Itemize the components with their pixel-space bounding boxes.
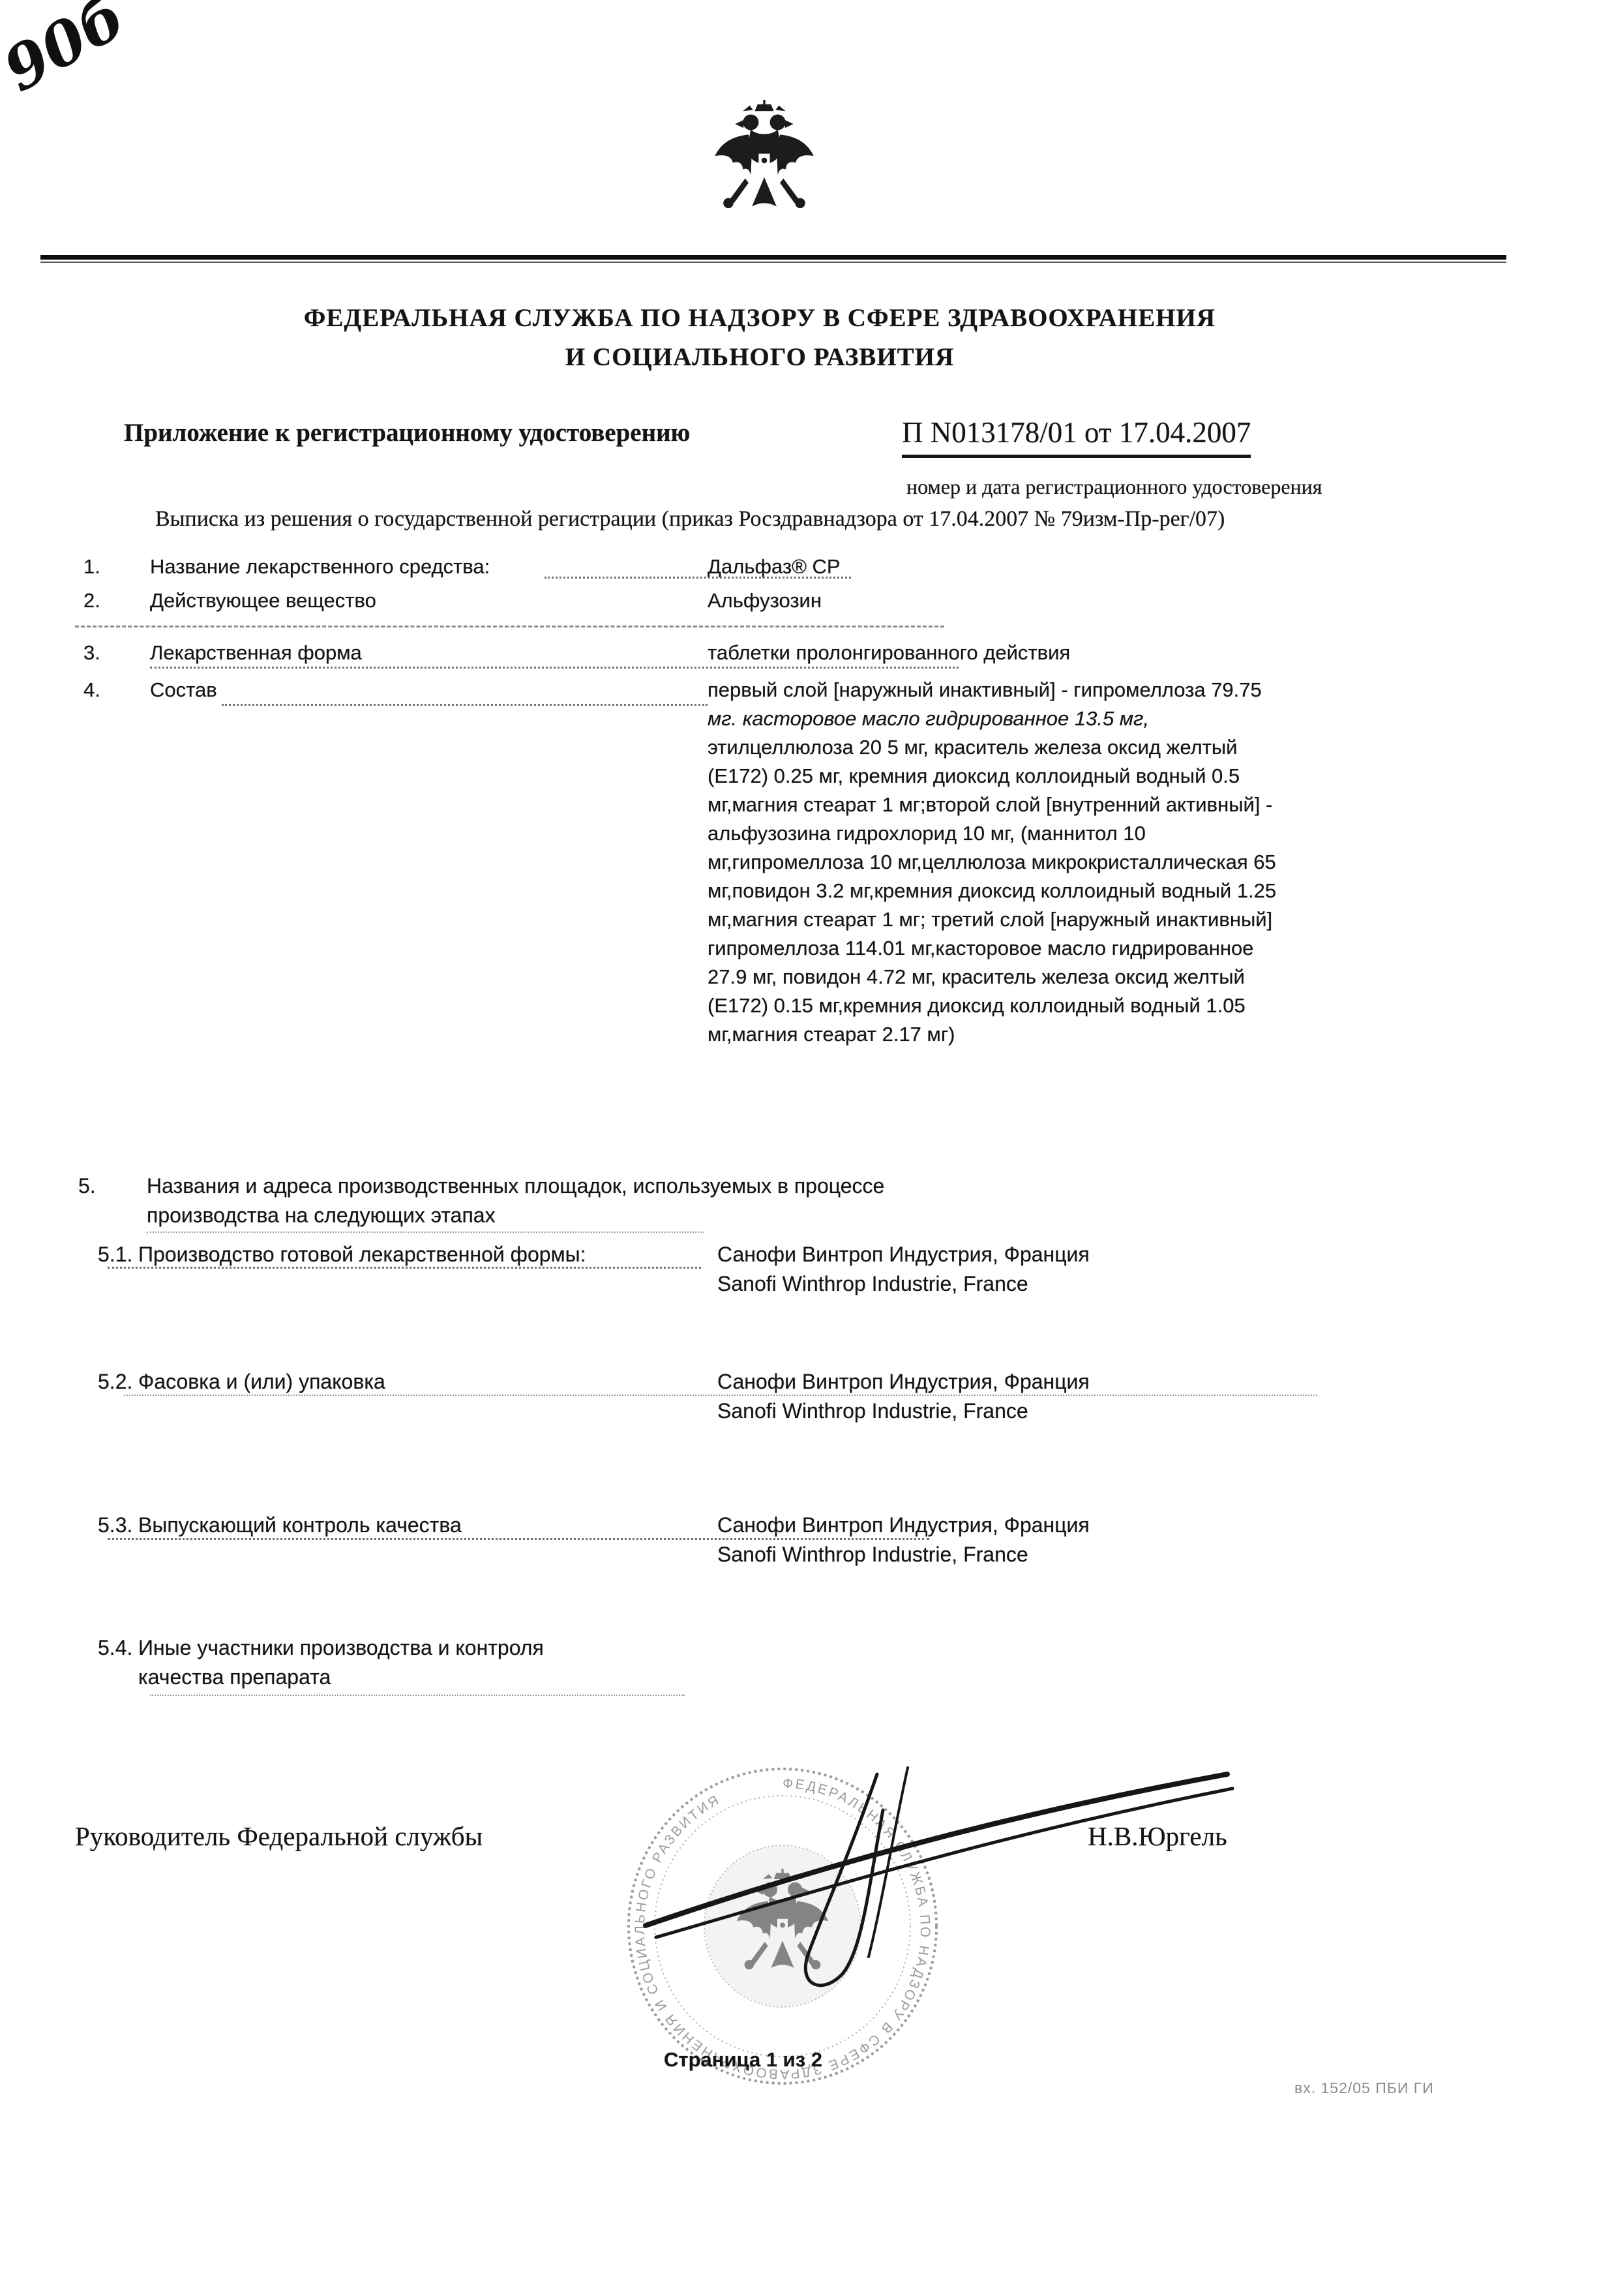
subsection-5-1-underline — [108, 1267, 701, 1269]
subsection-5-3-value-en: Sanofi Winthrop Industrie, France — [717, 1543, 1028, 1567]
section5-number: 5. — [78, 1174, 96, 1198]
subsection-5-2-value-en: Sanofi Winthrop Industrie, France — [717, 1399, 1028, 1423]
field-3-label: Лекарственная форма — [150, 641, 362, 665]
subsection-5-4-number: 5.4. — [98, 1636, 132, 1660]
registration-number: П N013178/01 от 17.04.2007 — [902, 416, 1251, 458]
subsection-5-3-label: Выпускающий контроль качества — [138, 1513, 462, 1537]
subsection-5-2-number: 5.2. — [98, 1370, 132, 1394]
field-4-label: Состав — [150, 678, 217, 702]
section5-title-line1: Названия и адреса производственных площа… — [147, 1174, 884, 1198]
field-1-number: 1. — [83, 555, 100, 579]
signer-name: Н.В.Юргель — [1088, 1821, 1227, 1852]
field-2-label: Действующее вещество — [150, 589, 376, 612]
subsection-5-1-value-ru: Санофи Винтроп Индустрия, Франция — [717, 1243, 1090, 1267]
separator-line — [75, 626, 944, 627]
header-rule-echo — [40, 262, 1506, 263]
agency-name-line1: ФЕДЕРАЛЬНАЯ СЛУЖБА ПО НАДЗОРУ В СФЕРЕ ЗД… — [0, 304, 1519, 333]
subsection-5-2-value-ru: Санофи Винтроп Индустрия, Франция — [717, 1370, 1090, 1394]
registration-number-caption: номер и дата регистрационного удостовере… — [906, 475, 1322, 499]
subsection-5-4-label-line2: качества препарата — [138, 1665, 331, 1689]
agency-name-line2: И СОЦИАЛЬНОГО РАЗВИТИЯ — [0, 343, 1519, 372]
subsection-5-1-label: Производство готовой лекарственной формы… — [138, 1243, 586, 1267]
composition-text: первый слой [наружный инактивный] - гипр… — [708, 678, 1276, 1051]
handwritten-mark: 90б — [0, 0, 137, 105]
subsection-5-4-label-line1: Иные участники производства и контроля — [138, 1636, 544, 1660]
subsection-5-3-number: 5.3. — [98, 1513, 132, 1537]
field-3-underline — [150, 667, 959, 669]
document-page: 90б ФЕДЕРАЛЬНАЯ СЛУЖБА ПО НАДЗОРУ В СФЕР… — [0, 0, 1612, 2296]
subsection-5-2-label: Фасовка и (или) упаковка — [138, 1370, 385, 1394]
extract-line: Выписка из решения о государственной рег… — [155, 506, 1225, 532]
attachment-label: Приложение к регистрационному удостовере… — [124, 419, 690, 448]
field-4-underline — [222, 704, 708, 706]
signature-icon — [613, 1748, 1259, 2009]
field-1-label: Название лекарственного средства: — [150, 555, 490, 579]
footer-note: вх. 152/05 ПБИ ГИ — [1294, 2079, 1434, 2096]
coat-of-arms-icon — [708, 99, 820, 230]
section5-underline — [147, 1231, 704, 1233]
subsection-5-2-underline — [124, 1395, 1317, 1396]
field-1-underline — [545, 577, 851, 579]
subsection-5-3-underline — [108, 1538, 929, 1540]
subsection-5-1-value-en: Sanofi Winthrop Industrie, France — [717, 1272, 1028, 1296]
field-3-value: таблетки пролонгированного действия — [708, 641, 1070, 665]
subsection-5-1-number: 5.1. — [98, 1243, 132, 1267]
subsection-5-3-value-ru: Санофи Винтроп Индустрия, Франция — [717, 1513, 1090, 1537]
header-rule — [40, 255, 1506, 260]
field-3-number: 3. — [83, 641, 100, 665]
signer-title: Руководитель Федеральной службы — [75, 1821, 483, 1852]
subsection-5-4-underline — [150, 1695, 685, 1696]
section5-title-line2: производства на следующих этапах — [147, 1203, 496, 1228]
page-indicator: Страница 1 из 2 — [664, 2048, 822, 2072]
field-4-number: 4. — [83, 678, 100, 702]
field-2-value: Альфузозин — [708, 589, 822, 612]
field-2-number: 2. — [83, 589, 100, 612]
field-1-value: Дальфаз® СР — [708, 555, 841, 579]
